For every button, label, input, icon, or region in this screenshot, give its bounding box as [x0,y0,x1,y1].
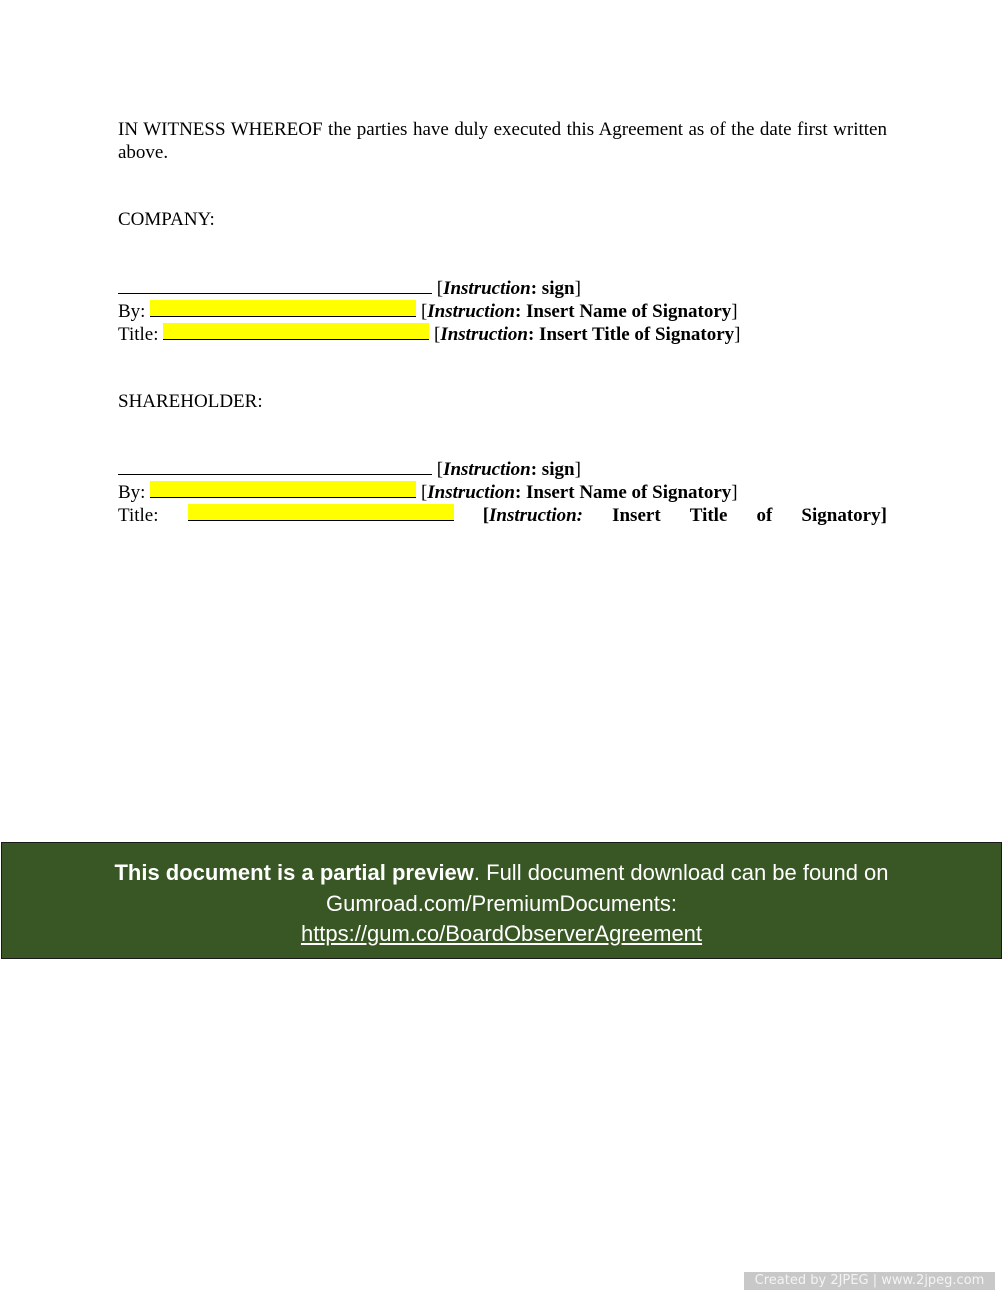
shareholder-signature-line[interactable] [118,458,432,475]
company-signature-block: [Instruction: sign] By: [Instruction: In… [118,277,741,346]
watermark: Created by 2JPEG | www.2jpeg.com [744,1272,995,1290]
company-title-field[interactable] [163,323,429,340]
company-name-field[interactable] [150,300,416,317]
by-label: By: [118,482,145,503]
gumroad-link[interactable]: https://gum.co/BoardObserverAgreement [301,921,702,946]
banner-text: . Full document download can be found on [474,860,889,885]
shareholder-name-field[interactable] [150,481,416,498]
shareholder-by-row: By: [Instruction: Insert Name of Signato… [118,481,887,504]
partial-preview-banner: This document is a partial preview. Full… [1,842,1002,959]
company-signature-line[interactable] [118,277,432,294]
banner-line2: Gumroad.com/PremiumDocuments: [2,889,1001,920]
witness-clause: IN WITNESS WHEREOF the parties have duly… [118,118,887,164]
company-label: COMPANY: [118,209,215,231]
shareholder-label: SHAREHOLDER: [118,391,263,413]
shareholder-title-row: Title: [Instruction: Insert Title of Sig… [118,504,887,527]
shareholder-title-field[interactable] [188,504,454,521]
company-title-row: Title: [Instruction: Insert Title of Sig… [118,323,741,346]
by-label: By: [118,301,145,322]
shareholder-signature-block: [Instruction: sign] By: [Instruction: In… [118,458,887,527]
company-by-row: By: [Instruction: Insert Name of Signato… [118,300,741,323]
shareholder-sign-row: [Instruction: sign] [118,458,887,481]
banner-bold-text: This document is a partial preview [114,860,473,885]
title-label: Title: [118,504,159,527]
title-label: Title: [118,324,159,345]
company-sign-row: [Instruction: sign] [118,277,741,300]
